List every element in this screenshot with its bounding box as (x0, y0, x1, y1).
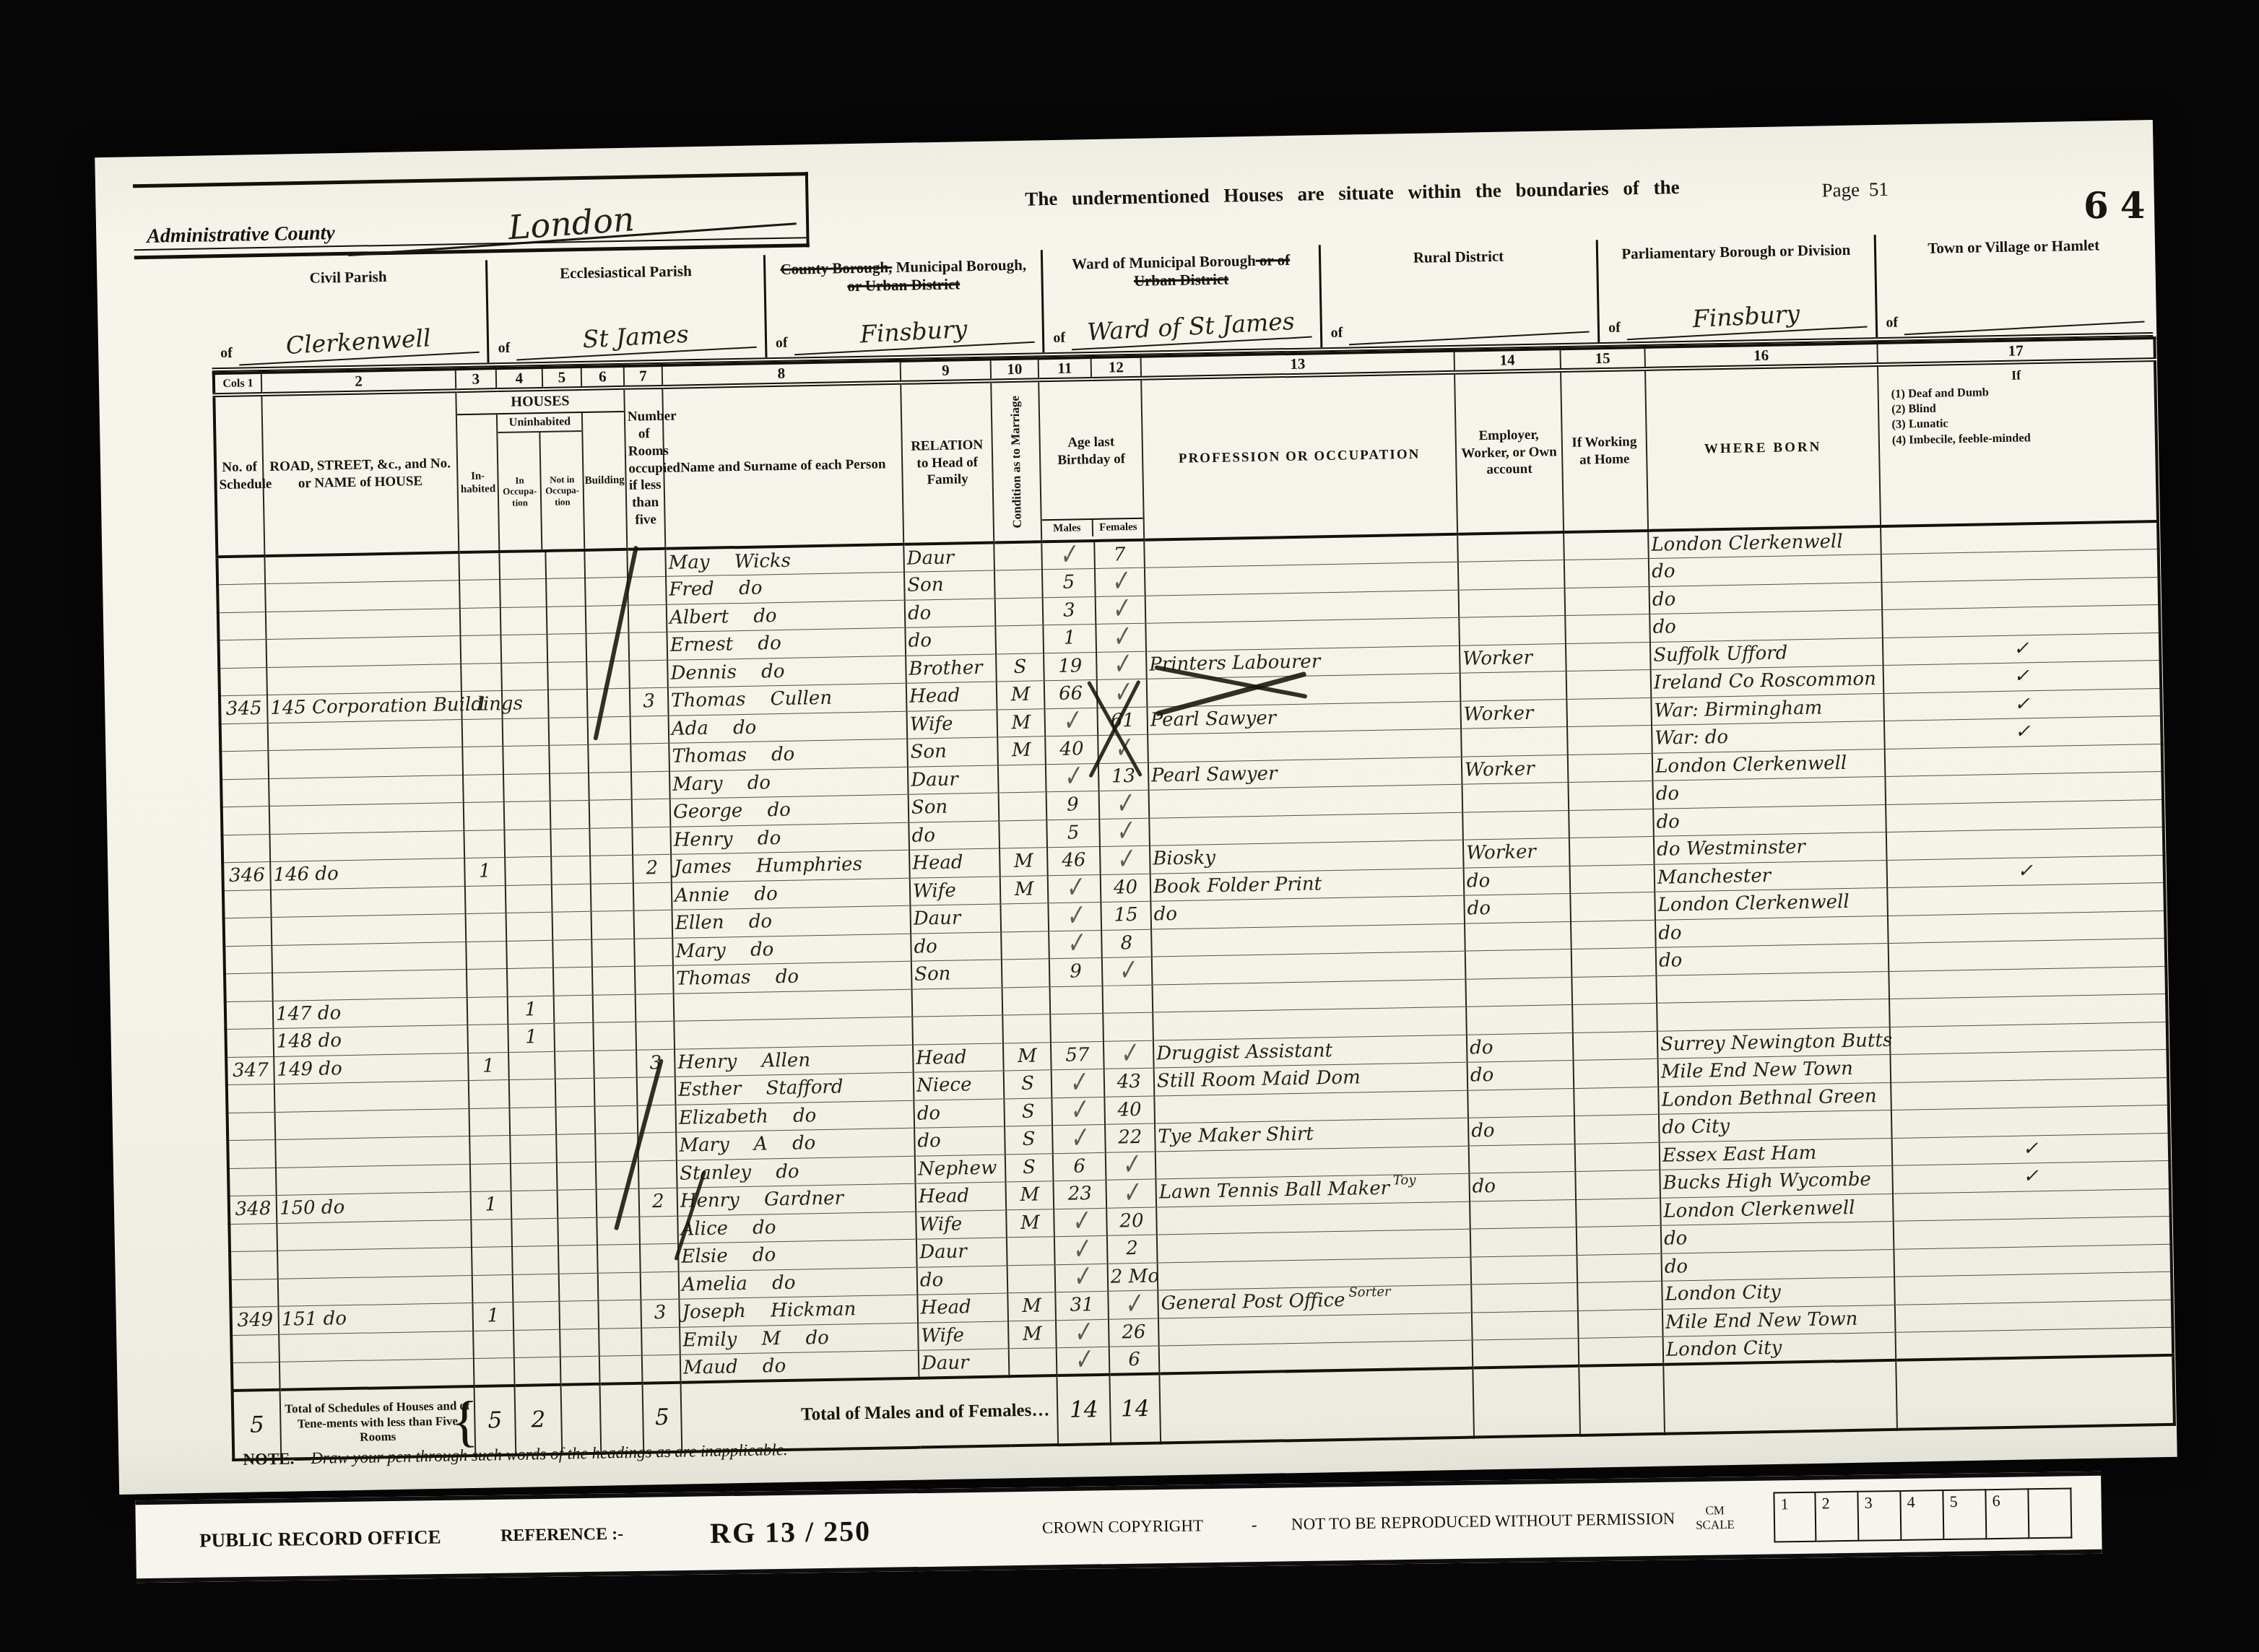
header-where-born: WHERE BORN (1645, 365, 1881, 531)
pro-office-label: PUBLIC RECORD OFFICE (199, 1526, 441, 1552)
cell-r (277, 1220, 472, 1251)
cell-af: 2 (1107, 1235, 1158, 1264)
cell-ho (1574, 1114, 1660, 1144)
cell-af: ✓ (1097, 679, 1148, 708)
cell-bu (597, 1244, 641, 1273)
cell-re: Son (909, 793, 1000, 822)
cell-n: Alice do (677, 1212, 916, 1244)
cell-uo (513, 1301, 560, 1330)
cell-re: Wife (910, 876, 1001, 905)
district-box: Town or Village or Hamletof (1876, 230, 2153, 337)
cell-ho (1564, 531, 1649, 560)
district-value: Ward of St James (1070, 310, 1311, 351)
cell-c (1001, 931, 1049, 960)
cell-am: ✓ (1055, 1264, 1109, 1292)
header-females: Females (1093, 519, 1143, 536)
district-label: Rural District (1328, 245, 1590, 269)
cell-bu (586, 605, 629, 634)
enumerator-tick: ✓ (1120, 1179, 1142, 1209)
district-label: Parliamentary Borough or Division (1605, 240, 1867, 264)
cell-n: Thomas do (673, 961, 912, 994)
cell-r (272, 942, 467, 973)
cell-ho (1573, 1031, 1658, 1061)
enumerator-tick: ✓ (1061, 763, 1083, 793)
column-number: 10 (991, 358, 1039, 381)
cell-r: 151 do (278, 1303, 473, 1334)
cell-bo: London Clerkenwell (1652, 749, 1886, 781)
cell-am: 9 (1049, 957, 1103, 986)
cell-s: 347 (226, 1056, 274, 1085)
cell-em (1458, 560, 1565, 590)
cell-uo (503, 718, 550, 747)
cell-bu (593, 994, 636, 1023)
cell-af: 6 (1109, 1346, 1160, 1375)
cell-s: 349 (230, 1306, 279, 1335)
cell-r (266, 608, 461, 639)
cell-bu (589, 772, 632, 801)
cell-r (279, 1331, 474, 1362)
cell-rm (639, 1216, 678, 1244)
cell-rm: 2 (633, 854, 672, 882)
scale-box (2029, 1487, 2072, 1539)
cell-r (278, 1275, 473, 1306)
cell-s (222, 834, 270, 863)
cell-em (1459, 588, 1566, 617)
header-working-at-home: If Working at Home (1561, 369, 1648, 532)
cell-bo: do (1655, 916, 1889, 947)
column-number: 7 (624, 365, 663, 388)
cell-n: George do (670, 794, 909, 827)
cell-re: Daur (916, 1238, 1007, 1267)
reproduction-notice: NOT TO BE REPRODUCED WITHOUT PERMISSION (1291, 1510, 1675, 1534)
cell-af: 20 (1106, 1207, 1157, 1236)
cell-s (229, 1223, 277, 1252)
cell-uo (503, 745, 550, 774)
cell-ho (1572, 1003, 1657, 1032)
cell-n: Ernest do (667, 627, 906, 660)
header-name: Name and Surname of each Person (662, 383, 903, 549)
cell-uo (500, 634, 547, 663)
cell-em (1471, 1282, 1578, 1312)
cell-c (1002, 986, 1051, 1015)
cell-ih (464, 830, 505, 858)
cell-rm (636, 994, 675, 1022)
cell-c: M (1007, 1292, 1056, 1321)
cell-s (232, 1362, 280, 1391)
cell-re: Wife (907, 710, 998, 739)
cm-scale-ruler: 123456 (1773, 1487, 2072, 1542)
cell-em (1461, 727, 1568, 757)
cell-n (674, 1017, 913, 1049)
census-table: Cols 1234567891011121314151617 No. of Sc… (212, 336, 2176, 1461)
cell-rm (630, 716, 669, 744)
cell-n: Thomas Cullen (668, 683, 907, 716)
cell-ih (463, 774, 504, 803)
administrative-county-label: Administrative County (147, 222, 335, 248)
cell-re: Daur (903, 543, 994, 573)
cell-bo: Surrey Newington Butts (1657, 1027, 1891, 1058)
cell-ih (460, 607, 501, 636)
cell-am: 5 (1046, 819, 1100, 848)
cell-ho (1566, 642, 1651, 671)
cell-re: Head (917, 1293, 1008, 1323)
cell-ho (1579, 1336, 1664, 1366)
empty-cell (1663, 1360, 1897, 1434)
cell-s (219, 640, 267, 669)
cell-r (268, 747, 463, 778)
scale-box: 4 (1901, 1490, 1944, 1541)
district-value: St James (515, 321, 756, 361)
cell-r: 150 do (277, 1191, 472, 1222)
cell-bo: London City (1662, 1277, 1895, 1308)
cell-bo: do (1656, 943, 1889, 975)
cell-ni (549, 744, 589, 773)
district-box: Rural Districtof (1320, 240, 1600, 347)
cell-ni (552, 911, 592, 939)
scale-box: 3 (1858, 1490, 1902, 1542)
cell-ih (469, 1135, 511, 1164)
cell-uo (511, 1218, 558, 1247)
cell-n: Mary A do (676, 1128, 915, 1160)
cell-em: do (1467, 1060, 1574, 1090)
enumerator-tick: ✓ (1072, 1346, 1094, 1375)
cell-ni (558, 1245, 598, 1273)
cell-uo (505, 856, 552, 885)
cell-ih (462, 747, 503, 775)
cell-re: Son (904, 570, 995, 600)
cell-ih (469, 1079, 510, 1108)
cell-c: M (1006, 1209, 1054, 1238)
cell-am: 3 (1043, 596, 1096, 625)
cell-ni (560, 1329, 599, 1357)
cell-rm: 2 (639, 1188, 678, 1216)
cell-bo: London Bethnal Green (1658, 1082, 1891, 1114)
cell-rm (637, 1105, 676, 1133)
cell-ni (555, 1051, 594, 1079)
cell-re: Nephew (915, 1154, 1006, 1183)
cell-bo: London City (1663, 1332, 1896, 1364)
cell-s: 345 (220, 695, 268, 724)
cell-ih (474, 1357, 515, 1386)
cell-uo (506, 884, 552, 913)
cell-bu (590, 855, 633, 884)
header-rooms: Number of Rooms occupied if less than fi… (624, 387, 665, 549)
cell-bo: Manchester (1655, 860, 1888, 892)
cell-ho (1570, 864, 1655, 894)
cell-ni (558, 1217, 597, 1245)
cell-bo: do (1653, 804, 1886, 836)
cell-uo (513, 1329, 560, 1358)
cell-uo (512, 1245, 559, 1274)
cell-ni (553, 967, 593, 995)
enumerator-tick: ✓ (1057, 541, 1080, 570)
cell-em (1465, 977, 1572, 1007)
cell-em (1473, 1338, 1579, 1368)
cell-af: 43 (1104, 1068, 1155, 1097)
cell-rm (629, 660, 668, 688)
total-males: 14 (1057, 1375, 1111, 1445)
cell-uo (509, 1107, 556, 1136)
cell-uo (511, 1190, 558, 1219)
cell-c: M (1000, 848, 1048, 877)
cell-ni (547, 661, 587, 690)
cell-ih (469, 1108, 510, 1136)
cell-em: do (1469, 1171, 1576, 1201)
cell-af: ✓ (1106, 1179, 1156, 1208)
cell-s (223, 890, 272, 918)
header-in-occupation: In Occupa-tion (498, 432, 543, 550)
cell-re: do (909, 820, 1000, 850)
cell-af: 13 (1098, 762, 1149, 791)
cell-ih (472, 1246, 513, 1275)
empty-cell (1473, 1366, 1580, 1438)
cell-am: 9 (1046, 791, 1100, 820)
scale-box: 6 (1986, 1488, 2029, 1539)
cell-bu (594, 1105, 638, 1134)
cell-r: 145 Corporation Buildings (267, 692, 462, 723)
cell-af: ✓ (1106, 1152, 1156, 1181)
of-label: of (498, 340, 510, 357)
cell-n: May Wicks (665, 544, 904, 577)
cell-c: S (996, 653, 1044, 682)
pro-reference-label: REFERENCE :- (500, 1525, 623, 1547)
cell-rm (630, 743, 669, 771)
cell-rm (631, 771, 670, 799)
column-number: 6 (581, 366, 625, 388)
cell-c (994, 570, 1043, 599)
cell-rm (635, 965, 674, 994)
district-value (1903, 295, 2144, 336)
cell-re: Daur (908, 765, 999, 794)
undermentioned-houses-heading: The undermentioned Houses are situate wi… (915, 174, 1789, 212)
cell-n: Stanley do (677, 1156, 916, 1188)
cell-ho (1571, 920, 1656, 949)
cell-bo: Essex East Ham (1660, 1138, 1893, 1170)
district-value: Finsbury (1626, 300, 1867, 341)
cell-ho (1577, 1253, 1662, 1283)
cell-s (217, 584, 266, 613)
district-value: Clerkenwell (238, 326, 479, 366)
cell-em (1470, 1255, 1577, 1284)
cell-r (268, 719, 463, 750)
cell-em: Worker (1460, 699, 1567, 729)
cell-n: James Humphries (671, 850, 910, 882)
cell-r (272, 914, 467, 945)
cell-ni (547, 633, 586, 661)
cell-rm (642, 1355, 681, 1383)
cell-af: ✓ (1096, 651, 1147, 680)
header-condition: Condition as to Marriage (991, 380, 1041, 542)
column-number: 9 (901, 360, 992, 383)
header-houses: HOUSES (456, 390, 624, 415)
cell-r (277, 1247, 472, 1278)
cell-ho (1571, 947, 1657, 977)
cell-ih (459, 580, 500, 609)
cell-bo: Ireland Co Roscommon (1651, 666, 1884, 697)
column-number: 11 (1039, 357, 1092, 380)
cell-s (219, 667, 267, 696)
cell-re: do (905, 626, 996, 656)
district-box: Ward of Municipal Borough or of Urban Di… (1043, 245, 1322, 352)
cell-r: 146 do (270, 858, 465, 890)
cell-s (231, 1334, 279, 1363)
cell-s (220, 751, 269, 780)
cell-rm (637, 1077, 676, 1105)
district-label: Ward of Municipal Borough or of Urban Di… (1050, 251, 1311, 292)
cell-bu (594, 1077, 638, 1106)
cell-bu (586, 661, 630, 690)
cell-ni (555, 1106, 595, 1134)
cell-am: 1 (1043, 624, 1096, 653)
cell-r: 149 do (274, 1053, 469, 1084)
cell-c: S (1004, 1070, 1052, 1099)
cell-bu (588, 744, 631, 773)
cell-am: 5 (1042, 568, 1096, 597)
cell-s (218, 612, 266, 640)
cell-am: ✓ (1054, 1208, 1107, 1237)
cell-c (999, 792, 1047, 821)
cell-n: Henry Gardner (677, 1183, 916, 1216)
cell-bu (588, 716, 631, 745)
cell-af: ✓ (1104, 1040, 1154, 1069)
cell-s (220, 723, 269, 752)
cell-ho (1574, 1087, 1659, 1116)
cell-ni (552, 939, 592, 968)
cell-bo: London Clerkenwell (1660, 1194, 1894, 1225)
header-schedule: No. of Schedule (214, 394, 264, 557)
cell-ni (548, 689, 588, 717)
cell-r (271, 886, 466, 917)
cell-bo: do (1649, 555, 1882, 586)
district-box: Civil ParishofClerkenwell (210, 260, 490, 368)
cell-c: M (997, 736, 1046, 765)
cell-ho (1569, 836, 1655, 866)
cell-ih: 1 (472, 1302, 513, 1331)
header-road: ROAD, STREET, &c., and No. or NAME of HO… (261, 391, 459, 556)
cell-ih: 1 (471, 1191, 512, 1220)
cell-s (227, 1112, 276, 1141)
cell-ih (472, 1274, 513, 1303)
cell-n: Albert do (667, 600, 906, 632)
cell-rm (633, 882, 672, 910)
cell-bu (585, 577, 628, 606)
cell-s: 346 (222, 861, 271, 890)
cell-ho (1566, 697, 1652, 727)
cell-bu (586, 632, 629, 661)
cell-n: Maud do (680, 1350, 919, 1383)
cell-bu (597, 1217, 640, 1245)
cell-re: Brother (906, 654, 997, 684)
cell-s (224, 945, 272, 974)
cell-em (1467, 1088, 1574, 1118)
cell-am (1050, 1013, 1104, 1042)
cell-af: ✓ (1102, 957, 1153, 986)
cell-uo (507, 968, 554, 996)
cell-af: 2 Mo (1108, 1263, 1158, 1292)
cell-rm (641, 1327, 680, 1355)
column-number: 3 (456, 368, 497, 391)
cell-ih (467, 996, 508, 1025)
cell-ih (465, 885, 506, 914)
cell-r (275, 1136, 470, 1167)
column-number: 12 (1091, 357, 1142, 379)
cell-c (994, 542, 1042, 570)
cell-rm (632, 827, 671, 855)
cell-ho (1569, 809, 1654, 838)
cell-bu (599, 1355, 643, 1384)
cell-re: Wife (916, 1209, 1007, 1239)
cell-rm (628, 604, 667, 632)
pro-reference-number: RG 13 / 250 (710, 1514, 872, 1550)
cell-r (279, 1358, 474, 1389)
cm-scale-label: CMSCALE (1696, 1503, 1735, 1534)
cell-rm (634, 938, 673, 966)
cell-em (1459, 616, 1566, 645)
cell-ni (558, 1189, 597, 1217)
cell-am: ✓ (1049, 930, 1102, 959)
cell-n: Fred do (666, 572, 905, 604)
cell-ho (1570, 892, 1655, 921)
cell-re (912, 1015, 1003, 1045)
cell-ni (554, 1022, 594, 1051)
cell-n: Annie do (672, 878, 911, 910)
of-label: of (1608, 320, 1621, 336)
cell-ih (470, 1163, 511, 1192)
enumerator-tick: ✓ (1060, 708, 1083, 737)
cell-c: S (1005, 1126, 1053, 1155)
cell-af: 40 (1104, 1096, 1155, 1125)
cell-bu (593, 1022, 636, 1051)
cell-c (1002, 959, 1050, 988)
brace: { (451, 1387, 479, 1455)
cell-c: M (997, 681, 1045, 710)
cell-am: ✓ (1052, 1124, 1106, 1153)
cell-uo (514, 1357, 561, 1386)
of-label: of (1330, 325, 1343, 342)
cell-ho (1576, 1198, 1661, 1227)
header-not-in-occupation: Not in Occupa-tion (541, 432, 584, 549)
cell-ho (1575, 1170, 1660, 1199)
cell-em (1466, 1004, 1573, 1034)
cell-ho (1564, 558, 1649, 588)
cell-re: Daur (910, 904, 1001, 934)
enumerator-tick: ✓ (1114, 845, 1137, 875)
cell-rm (634, 910, 673, 938)
cell-ni (552, 884, 591, 912)
cell-rm (636, 1021, 675, 1049)
cell-ni (557, 1162, 597, 1190)
cell-s (222, 806, 270, 835)
cell-n: Esther Stafford (675, 1072, 914, 1105)
header-profession: PROFESSION OR OCCUPATION (1141, 373, 1457, 540)
cell-ho (1566, 669, 1652, 699)
cell-re: Niece (914, 1071, 1005, 1100)
cell-em (1462, 783, 1569, 812)
cell-bu (589, 799, 633, 828)
cell-rm (640, 1243, 679, 1271)
cell-af (1103, 985, 1153, 1014)
cell-em: Worker (1462, 755, 1569, 784)
cell-bu (597, 1188, 640, 1217)
cell-bo: do (1661, 1221, 1894, 1253)
page-number: Page 51 (1821, 178, 1889, 202)
column-number: 4 (496, 368, 543, 390)
cell-n: Elsie do (678, 1239, 917, 1271)
separator-dash: - (1252, 1516, 1257, 1534)
cell-em (1465, 921, 1571, 951)
cell-re: Head (909, 848, 1000, 878)
cell-af: 15 (1101, 901, 1151, 930)
